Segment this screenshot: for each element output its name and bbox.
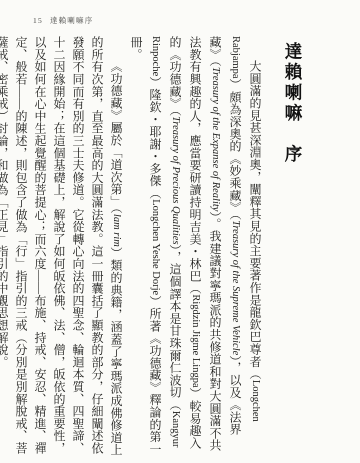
book-page: 15 達賴喇嘛序 達賴喇嘛 序 大圓滿的見甚深淵奧，闡釋其見的主要著作是龍欽巴尊… bbox=[0, 0, 360, 463]
text-segment: Rigdzin Jigme Lingpa bbox=[190, 294, 201, 387]
body-paragraphs: 大圓滿的見甚深淵奧，闡釋其見的主要著作是龍欽巴尊者（Longchen Rabja… bbox=[0, 36, 265, 460]
text-segment: ）頗為深奧的《妙乘藏》（ bbox=[228, 79, 242, 221]
section-title: 達賴喇嘛 序 bbox=[281, 42, 306, 460]
text-segment: ）隆欽・耶謝・多傑（ bbox=[148, 76, 162, 199]
vertical-text-content: 達賴喇嘛 序 大圓滿的見甚深淵奧，闡釋其見的主要著作是龍欽巴尊者（Longche… bbox=[0, 36, 326, 460]
text-segment: Treasury of Precious Qualities bbox=[170, 116, 181, 244]
text-segment: ）類的典籍，涵蓋了寧瑪派成佛修道上的所有次第，直至最高的大圓滿法教。這一冊囊括了… bbox=[0, 36, 123, 456]
paragraph: 大圓滿的見甚深淵奧，闡釋其見的主要著作是龍欽巴尊者（Longchen Rabja… bbox=[126, 36, 265, 460]
running-head-title: 達賴喇嘛序 bbox=[50, 15, 94, 26]
page-number: 15 bbox=[33, 16, 43, 25]
text-segment: 大圓滿的見甚深淵奧，闡釋其見的主要著作是龍欽巴尊者（ bbox=[248, 60, 262, 380]
text-segment: Longchen Yeshe Dorje bbox=[150, 199, 161, 295]
text-segment: Treasury of the Supreme Vehicle bbox=[230, 220, 241, 355]
running-head: 15 達賴喇嘛序 bbox=[33, 15, 93, 26]
paragraph: 《功德藏》屬於「道次第」（lam rim）類的典籍，涵蓋了寧瑪派成佛修道上的所有… bbox=[0, 36, 126, 460]
text-segment: ），這個譯本是甘珠爾仁波切（ bbox=[168, 245, 182, 411]
text-segment: 《功德藏》屬於「道次第」（ bbox=[109, 60, 123, 214]
text-segment: lam rim bbox=[111, 214, 122, 247]
text-segment: Treasury of the Expanse of Reality bbox=[210, 67, 221, 212]
